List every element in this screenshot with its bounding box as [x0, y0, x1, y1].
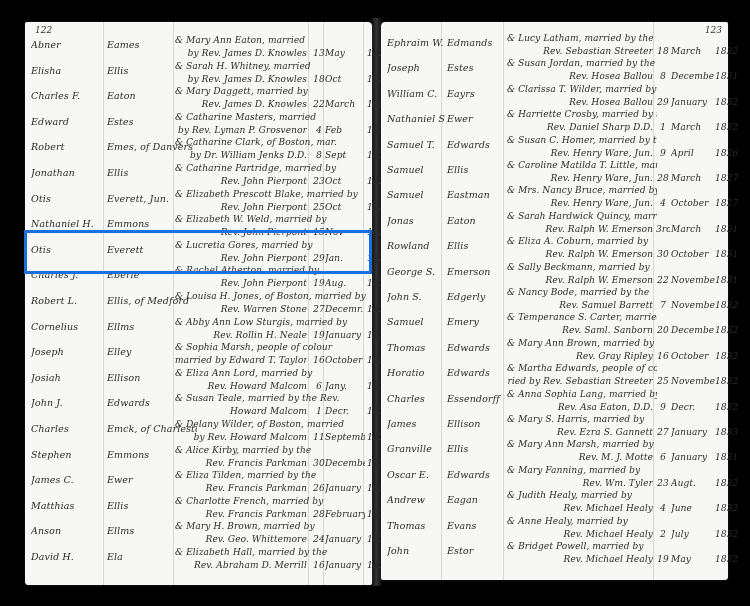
- officiant: Rev. Hosea Ballou: [507, 98, 653, 108]
- marriage-day: 16: [312, 561, 326, 571]
- marriage-day: 18: [312, 75, 326, 85]
- bride-name: & Delany Wilder, of Boston, married: [175, 420, 375, 430]
- groom-first-name: James C.: [31, 475, 99, 486]
- officiant: Rev. Henry Ware, Jun.: [507, 199, 653, 209]
- marriage-day: 22: [312, 100, 326, 110]
- marriage-day: 8: [312, 151, 326, 161]
- bride-name: & Anne Healy, married by: [507, 517, 657, 527]
- officiant: Rev. Howard Malcom: [175, 382, 307, 392]
- marriage-month: January: [671, 98, 715, 108]
- marriage-month: Oct: [325, 75, 365, 85]
- bride-name: & Elizabeth Hall, married by the: [175, 548, 375, 558]
- officiant: Rev. Ralph W. Emerson: [507, 250, 653, 260]
- marriage-year: 1832: [715, 47, 727, 57]
- marriage-month: January: [325, 484, 365, 494]
- bride-name: & Mary Daggett, married by: [175, 87, 375, 97]
- officiant: by Rev. James D. Knowles: [175, 75, 307, 85]
- groom-first-name: Horatio: [387, 368, 445, 379]
- marriage-month: October: [671, 250, 715, 260]
- marriage-year: 1832: [715, 403, 727, 413]
- marriage-day: 30: [312, 459, 326, 469]
- marriage-day: 26: [312, 484, 326, 494]
- officiant: by Dr. William Jenks D.D.: [175, 151, 307, 161]
- groom-first-name: John: [387, 546, 445, 557]
- groom-surname: Ellis: [447, 241, 505, 252]
- groom-first-name: Charles: [31, 424, 99, 435]
- marriage-day: 6: [656, 453, 670, 463]
- marriage-month: Decr.: [325, 407, 365, 417]
- marriage-month: January: [325, 561, 365, 571]
- marriage-month: December: [325, 459, 365, 469]
- marriage-month: September: [325, 433, 365, 443]
- marriage-month: October: [671, 199, 715, 209]
- groom-surname: Edmands: [447, 38, 505, 49]
- marriage-month: Nov: [325, 228, 365, 238]
- groom-surname: Ellison: [447, 419, 505, 430]
- groom-surname: Eayrs: [447, 89, 505, 100]
- marriage-day: 25: [656, 377, 670, 387]
- officiant: Rev. Michael Healy: [507, 530, 653, 540]
- groom-first-name: Ephraim W.: [387, 38, 445, 49]
- bride-name: & Eliza Ann Lord, married by: [175, 369, 375, 379]
- officiant: Rev. Wm. Tyler: [507, 479, 653, 489]
- groom-first-name: Samuel: [387, 317, 445, 328]
- marriage-year: 1832: [715, 479, 727, 489]
- register-entry[interactable]: John Estor & Bridget Powell, married by …: [381, 540, 728, 576]
- officiant: Rev. Ralph W. Emerson: [507, 225, 653, 235]
- groom-first-name: Elisha: [31, 66, 99, 77]
- marriage-day: 7: [656, 301, 670, 311]
- marriage-month: January: [325, 535, 365, 545]
- marriage-month: January: [671, 453, 715, 463]
- marriage-year: 1826: [715, 149, 727, 159]
- marriage-year: 1832: [715, 301, 727, 311]
- marriage-day: 29: [656, 98, 670, 108]
- marriage-day: 25: [312, 203, 326, 213]
- groom-first-name: Granville: [387, 444, 445, 455]
- officiant: married by Edward T. Taylor: [175, 356, 307, 366]
- officiant: Rev. James D. Knowles: [175, 100, 307, 110]
- marriage-day: 13: [312, 49, 326, 59]
- marriage-month: November: [671, 301, 715, 311]
- officiant: ried by Rev. Sebastian Streeter: [507, 377, 653, 387]
- groom-first-name: Charles F.: [31, 91, 99, 102]
- officiant: Rev. Geo. Whittemore: [175, 535, 307, 545]
- officiant: Rev. Samuel Barrett: [507, 301, 653, 311]
- groom-surname: Essendorff: [447, 394, 505, 405]
- groom-surname: Estor: [447, 546, 505, 557]
- groom-surname: Ellis: [447, 165, 505, 176]
- groom-first-name: Jonathan: [31, 168, 99, 179]
- marriage-month: December: [671, 326, 715, 336]
- bride-name: & Sarah Hardwick Quincy, married by: [507, 212, 657, 222]
- groom-first-name: Thomas: [387, 343, 445, 354]
- bride-name: & Susan Jordan, married by the: [507, 59, 657, 69]
- marriage-day: 30: [656, 250, 670, 260]
- groom-first-name: Samuel: [387, 165, 445, 176]
- marriage-year: 1827: [715, 174, 727, 184]
- bride-name: & Catharine Clark, of Boston, mar.: [175, 138, 375, 148]
- bride-name: & Catharine Masters, married: [175, 113, 375, 123]
- groom-first-name: Cornelius: [31, 322, 99, 333]
- marriage-year: 1831: [715, 453, 727, 463]
- officiant: Rev. Michael Healy: [507, 555, 653, 565]
- officiant: Rev. John Pierpont: [175, 203, 307, 213]
- officiant: Rev. Ezra S. Gannett: [507, 428, 653, 438]
- groom-first-name: Nathaniel S.: [387, 114, 445, 125]
- marriage-month: Oct: [325, 203, 365, 213]
- officiant: Rev. M. J. Motte: [507, 453, 653, 463]
- marriage-month: Decr.: [671, 403, 715, 413]
- officiant: Rev. John Pierpont: [175, 177, 307, 187]
- marriage-month: March: [325, 100, 365, 110]
- groom-first-name: Abner: [31, 40, 99, 51]
- groom-surname: Emerson: [447, 267, 505, 278]
- bride-name: & Elizabeth Prescott Blake, married by: [175, 190, 375, 200]
- marriage-month: January: [671, 428, 715, 438]
- bride-name: & Clarissa T. Wilder, married by the: [507, 85, 657, 95]
- marriage-month: Sept: [325, 151, 365, 161]
- marriage-month: November: [671, 377, 715, 387]
- marriage-year: 1831: [715, 72, 727, 82]
- groom-first-name: Charles J.: [31, 270, 99, 281]
- officiant: Rev. Gray Ripley: [507, 352, 653, 362]
- officiant: Rev. Ralph W. Emerson: [507, 276, 653, 286]
- groom-surname: Eastman: [447, 190, 505, 201]
- officiant: by Rev. James D. Knowles: [175, 49, 307, 59]
- marriage-month: March: [671, 174, 715, 184]
- officiant: Rev. Henry Ware, Jun.: [507, 149, 653, 159]
- officiant: Rev. John Pierpont: [175, 254, 307, 264]
- bride-name: & Mary S. Harris, married by: [507, 415, 657, 425]
- groom-surname: Edwards: [447, 368, 505, 379]
- marriage-day: 20: [656, 326, 670, 336]
- groom-first-name: Nathaniel H.: [31, 219, 99, 230]
- marriage-month: July: [671, 530, 715, 540]
- officiant: Rev. Abraham D. Merrill: [175, 561, 307, 571]
- right-page: 123 Ephraim W. Edmands & Lucy Latham, ma…: [381, 22, 728, 580]
- officiant: Rev. Sebastian Streeter: [507, 47, 653, 57]
- marriage-day: 16: [656, 352, 670, 362]
- groom-surname: Emery: [447, 317, 505, 328]
- bride-name: & Nancy Bode, married by the: [507, 288, 657, 298]
- marriage-year: 1832: [715, 123, 727, 133]
- officiant: Howard Malcom: [175, 407, 307, 417]
- bride-name: & Abby Ann Low Sturgis, married by: [175, 318, 375, 328]
- marriage-day: 19: [656, 555, 670, 565]
- groom-first-name: Samuel: [387, 190, 445, 201]
- officiant: by Rev. Howard Malcom: [175, 433, 307, 443]
- groom-first-name: David H.: [31, 552, 99, 563]
- officiant: Rev. Daniel Sharp D.D.: [507, 123, 653, 133]
- officiant: Rev. Rollin H. Neale: [175, 331, 307, 341]
- groom-first-name: Thomas: [387, 521, 445, 532]
- bride-name: & Mary Ann Marsh, married by: [507, 440, 657, 450]
- bride-name: & Mrs. Nancy Bruce, married by: [507, 186, 657, 196]
- marriage-day: 28: [312, 510, 326, 520]
- marriage-year: 1832: [715, 555, 727, 565]
- groom-surname: Evans: [447, 521, 505, 532]
- marriage-month: Jany.: [325, 382, 365, 392]
- groom-surname: Eagan: [447, 495, 505, 506]
- groom-first-name: John S.: [387, 292, 445, 303]
- bride-name: & Mary Fanning, married by: [507, 466, 657, 476]
- marriage-day: 19: [312, 279, 326, 289]
- bride-name: & Mary Ann Brown, married by: [507, 339, 657, 349]
- bride-name: & Lucy Latham, married by the: [507, 34, 657, 44]
- groom-first-name: Jonas: [387, 216, 445, 227]
- groom-first-name: Charles: [387, 394, 445, 405]
- bride-name: & Mary Ann Eaton, married: [175, 36, 375, 46]
- marriage-day: 27: [312, 305, 326, 315]
- groom-first-name: Andrew: [387, 495, 445, 506]
- marriage-month: March: [671, 123, 715, 133]
- marriage-month: June: [671, 504, 715, 514]
- officiant: Rev. John Pierpont: [175, 279, 307, 289]
- marriage-year: 1832: [715, 352, 727, 362]
- marriage-month: January: [325, 331, 365, 341]
- marriage-year: 1831: [715, 276, 727, 286]
- marriage-year: 1832: [715, 504, 727, 514]
- marriage-month: Augt.: [671, 479, 715, 489]
- marriage-day: 4: [656, 199, 670, 209]
- marriage-day: 4: [312, 126, 326, 136]
- marriage-day: 16: [312, 356, 326, 366]
- marriage-day: 27: [656, 428, 670, 438]
- marriage-day: 23: [312, 177, 326, 187]
- bride-name: & Martha Edwards, people of colour mar-: [507, 364, 657, 374]
- groom-surname: Edwards: [447, 343, 505, 354]
- marriage-month: March: [671, 47, 715, 57]
- officiant: Rev. John Pierpont: [175, 228, 307, 238]
- left-page: 122 Abner Eames & Mary Ann Eaton, marrie…: [25, 22, 372, 585]
- marriage-month: February: [325, 510, 365, 520]
- bride-name: & Mary H. Brown, married by: [175, 522, 375, 532]
- groom-first-name: Robert: [31, 142, 99, 153]
- groom-first-name: Edward: [31, 117, 99, 128]
- marriage-day: 9: [656, 149, 670, 159]
- bride-name: & Eliza Tilden, married by the: [175, 471, 375, 481]
- marriage-year: 1831: [715, 250, 727, 260]
- groom-first-name: Otis: [31, 245, 99, 256]
- groom-first-name: Josiah: [31, 373, 99, 384]
- marriage-day: 23: [656, 479, 670, 489]
- bride-name: & Louisa H. Jones, of Boston, married by: [175, 292, 375, 302]
- marriage-day: 29: [312, 254, 326, 264]
- bride-name: & Lucretia Gores, married by: [175, 241, 375, 251]
- marriage-day: 1: [656, 123, 670, 133]
- marriage-day: 22: [656, 276, 670, 286]
- officiant: Rev. Francis Parkman: [175, 510, 307, 520]
- marriage-day: 15: [312, 228, 326, 238]
- bride-name: & Sarah H. Whitney, married: [175, 62, 375, 72]
- groom-surname: Estes: [447, 63, 505, 74]
- groom-first-name: James: [387, 419, 445, 430]
- marriage-year: 1832: [715, 326, 727, 336]
- bride-name: & Susan C. Homer, married by the: [507, 136, 657, 146]
- groom-surname: Edwards: [447, 140, 505, 151]
- bride-name: & Sophia Marsh, people of colour: [175, 343, 375, 353]
- officiant: by Rev. Lyman P. Grosvenor: [175, 126, 307, 136]
- marriage-day: 11: [312, 433, 326, 443]
- marriage-month: Aug.: [325, 279, 365, 289]
- marriage-day: 9: [656, 403, 670, 413]
- groom-first-name: John J.: [31, 398, 99, 409]
- groom-surname: Ellis: [447, 444, 505, 455]
- groom-first-name: George S.: [387, 267, 445, 278]
- groom-first-name: Stephen: [31, 450, 99, 461]
- bride-name: & Anna Sophia Lang, married by: [507, 390, 657, 400]
- marriage-month: November: [671, 276, 715, 286]
- bride-name: & Rachel Atherton, married by: [175, 266, 375, 276]
- groom-surname: Edgerly: [447, 292, 505, 303]
- bride-name: & Charlotte French, married by: [175, 497, 375, 507]
- groom-first-name: Joseph: [31, 347, 99, 358]
- marriage-year: 1832: [715, 530, 727, 540]
- bride-name: & Elizabeth W. Weld, married by: [175, 215, 375, 225]
- groom-first-name: Robert L.: [31, 296, 99, 307]
- marriage-month: May: [671, 555, 715, 565]
- bride-name: & Bridget Powell, married by: [507, 542, 657, 552]
- marriage-month: Oct: [325, 177, 365, 187]
- marriage-month: Decemr.: [325, 305, 365, 315]
- marriage-year: 1832: [715, 377, 727, 387]
- marriage-month: April: [671, 149, 715, 159]
- bride-name: & Catharine Partridge, married by: [175, 164, 375, 174]
- officiant: Rev. Michael Healy: [507, 504, 653, 514]
- groom-surname: Eaton: [447, 216, 505, 227]
- marriage-day: 18: [656, 47, 670, 57]
- marriage-year: 1831: [715, 225, 727, 235]
- groom-first-name: Samuel T.: [387, 140, 445, 151]
- marriage-day: 19: [312, 331, 326, 341]
- bride-name: & Eliza A. Coburn, married by: [507, 237, 657, 247]
- groom-first-name: Oscar E.: [387, 470, 445, 481]
- marriage-year: 1827: [715, 199, 727, 209]
- marriage-year: 1832: [715, 98, 727, 108]
- marriage-month: May: [325, 49, 365, 59]
- bride-name: & Sally Beckmann, married by: [507, 263, 657, 273]
- bride-name: & Temperance S. Carter, married by: [507, 313, 657, 323]
- marriage-month: Jan.: [325, 254, 365, 264]
- groom-first-name: Joseph: [387, 63, 445, 74]
- marriage-month: October: [325, 356, 365, 366]
- officiant: Rev. Henry Ware, Jun.: [507, 174, 653, 184]
- bride-name: & Harriette Crosby, married by the: [507, 110, 657, 120]
- marriage-day: 4: [656, 504, 670, 514]
- officiant: Rev. Asa Eaton, D.D.: [507, 403, 653, 413]
- officiant: Rev. Francis Parkman: [175, 459, 307, 469]
- bride-name: & Caroline Matilda T. Little, married by: [507, 161, 657, 171]
- bride-name: & Judith Healy, married by: [507, 491, 657, 501]
- register-entry[interactable]: David H. Ela & Elizabeth Hall, married b…: [25, 546, 372, 582]
- groom-surname: Ewer: [447, 114, 505, 125]
- marriage-year: 1833: [715, 428, 727, 438]
- officiant: Rev. Warren Stone: [175, 305, 307, 315]
- bride-name: & Susan Teale, married by the Rev.: [175, 394, 375, 404]
- groom-first-name: Otis: [31, 194, 99, 205]
- marriage-day: 28: [656, 174, 670, 184]
- marriage-day: 8: [656, 72, 670, 82]
- groom-first-name: Matthias: [31, 501, 99, 512]
- marriage-month: March: [671, 225, 715, 235]
- groom-first-name: Anson: [31, 526, 99, 537]
- groom-first-name: Rowland: [387, 241, 445, 252]
- marriage-month: December: [671, 72, 715, 82]
- officiant: Rev. Hosea Ballou: [507, 72, 653, 82]
- officiant: Rev. Francis Parkman: [175, 484, 307, 494]
- marriage-day: 2: [656, 530, 670, 540]
- groom-surname: Edwards: [447, 470, 505, 481]
- officiant: Rev. Saml. Sanborn: [507, 326, 653, 336]
- marriage-day: 6: [312, 382, 326, 392]
- bride-name: & Alice Kirby, married by the: [175, 446, 375, 456]
- marriage-month: Feb: [325, 126, 365, 136]
- marriage-day: 24: [312, 535, 326, 545]
- marriage-month: October: [671, 352, 715, 362]
- marriage-day: 1: [312, 407, 326, 417]
- marriage-day: 3rd: [656, 225, 670, 235]
- groom-first-name: William C.: [387, 89, 445, 100]
